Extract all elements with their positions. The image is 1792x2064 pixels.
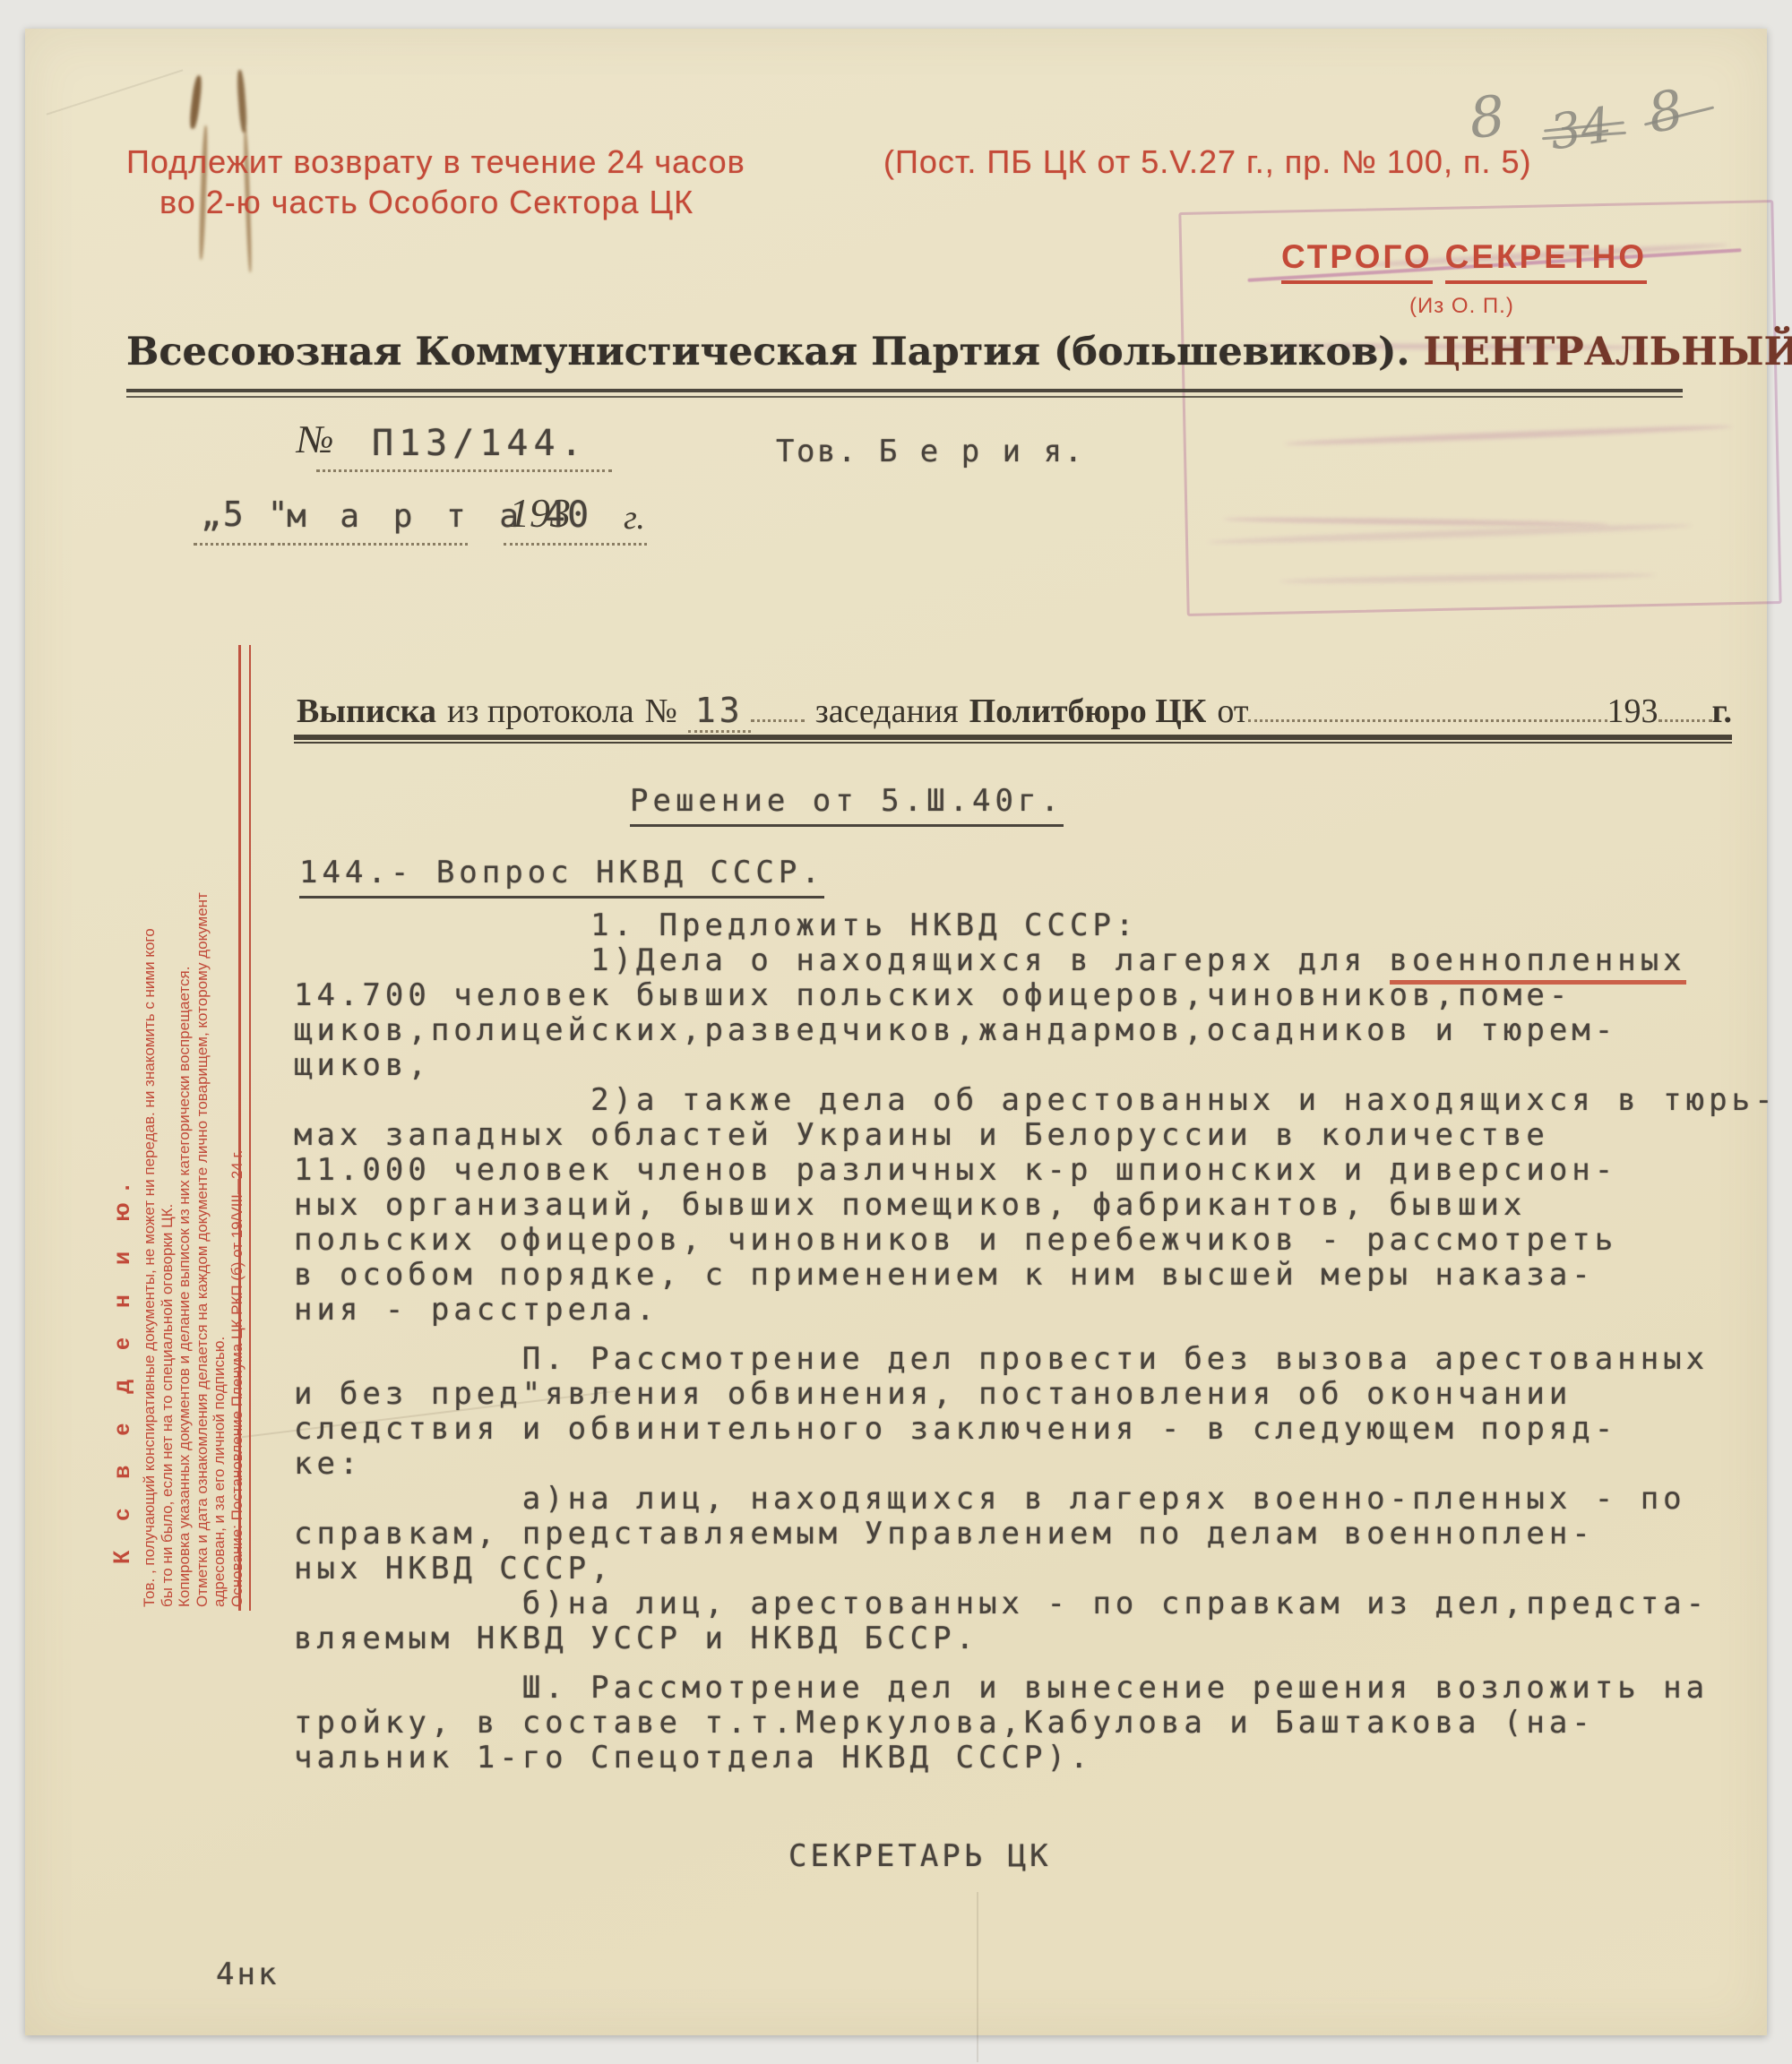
typed-line: 2)а также дела об арестованных и находящ… [294, 1083, 1763, 1118]
return-notice-line2: во 2-ю часть Особого Сектора ЦК [159, 184, 694, 221]
typed-line: 11.000 человек членов различных к-р шпио… [294, 1153, 1763, 1188]
typed-line: щиков,полицейских,разведчиков,жандармов,… [294, 1013, 1763, 1048]
return-notice-line1: Подлежит возврату в течение 24 часов [126, 143, 745, 181]
margin-note-line: Тов. , получающий конспиративные докумен… [141, 645, 159, 1611]
typed-line: мах западных областей Украины и Белорусс… [294, 1118, 1763, 1153]
copy-mark: 4нк [216, 1956, 279, 1992]
excerpt-label: Выписка [297, 692, 436, 731]
number-sign: № [645, 692, 677, 731]
typed-line: б)на лиц, арестованных - по справкам из … [294, 1587, 1763, 1621]
typed-line: П. Рассмотрение дел провести без вызова … [294, 1342, 1763, 1377]
typed-line: ния - расстрела. [294, 1293, 1763, 1328]
typed-body: 1. Предложить НКВД СССР: 1)Дела о находя… [294, 908, 1763, 1776]
signature-line: СЕКРЕТАРЬ ЦК [788, 1838, 1052, 1874]
secrecy-subnote: (Из О. П.) [1409, 294, 1514, 319]
dotted-leader [1248, 685, 1607, 722]
stamp-stroke [1224, 517, 1609, 528]
date-year-typed: 40 [544, 494, 590, 536]
dotted-underline [504, 543, 647, 546]
typed-line: 1. Предложить НКВД СССР: [294, 908, 1763, 943]
typed-line: и без пред"явления обвинения, постановле… [294, 1377, 1763, 1412]
date-day: „5 " [201, 494, 290, 534]
dotted-underline [278, 543, 468, 546]
pencil-mark: 8 [1466, 82, 1508, 151]
typed-line: 14.700 человек бывших польских офицеров,… [294, 978, 1763, 1013]
masthead-central-committee: ЦЕНТРАЛЬНЫЙ КОМИТЕТ [1423, 330, 1792, 374]
excerpt-year: 193 [1607, 692, 1658, 731]
ink-stain [188, 75, 202, 130]
margin-note-line: Отметка и дата ознакомления делается на … [194, 645, 211, 1611]
margin-note-line: Копировка указанных документов и делание… [176, 645, 194, 1611]
typed-line: Ш. Рассмотрение дел и вынесение решения … [294, 1671, 1763, 1706]
typed-line: 1)Дела о находящихся в лагерях для военн… [294, 943, 1763, 978]
ink-stain [237, 70, 248, 133]
date-month: м а р т а [287, 498, 526, 535]
dotted-underline [316, 469, 612, 472]
typed-line: ке: [294, 1447, 1763, 1482]
typed-line: ных организаций, бывших помещиков, фабри… [294, 1188, 1763, 1223]
typed-line: щиков, [294, 1048, 1763, 1083]
resolution-reference: (Пост. ПБ ЦК от 5.V.27 г., пр. № 100, п.… [883, 143, 1531, 181]
margin-double-rule [238, 645, 251, 1611]
excerpt-form-line: Выписка из протокола № 13 заседания Поли… [297, 685, 1732, 733]
margin-note-line: бы то ни было, если нет на то специально… [159, 645, 177, 1611]
secrecy-word: СЕКРЕТНО [1445, 238, 1647, 284]
typed-line: ных НКВД СССР, [294, 1552, 1763, 1587]
document-paper: 8 34 8 Подлежит возврату в течение 24 ча… [25, 29, 1767, 2035]
margin-note-heading: К с в е д е н и ю. [109, 645, 135, 1611]
date-suffix: г. [624, 498, 645, 537]
decision-heading: Решение от 5.Ш.40г. [630, 783, 1064, 827]
pencil-mark: 8 [1643, 78, 1688, 146]
document-number: П13/144. [372, 423, 588, 464]
typed-line [294, 1656, 1763, 1671]
secrecy-word: СТРОГО [1281, 238, 1433, 284]
politburo-label: Политбюро ЦК [969, 692, 1207, 731]
excerpt-text: от [1217, 692, 1248, 731]
masthead-rule [126, 389, 1683, 392]
decision-item: 144.- Вопрос НКВД СССР. [299, 855, 824, 899]
typed-line: а)на лиц, находящихся в лагерях военно-п… [294, 1482, 1763, 1517]
excerpt-text: из протокола [447, 692, 634, 731]
masthead-party-name: Всесоюзная Коммунистическая Партия (боль… [126, 330, 1409, 374]
addressee: Тов. Б е р и я. [776, 434, 1085, 469]
paper-crease [47, 69, 184, 115]
paper-crease [977, 1892, 978, 2062]
excerpt-text: заседания [815, 692, 959, 731]
dotted-leader [1658, 685, 1712, 722]
protocol-number: 13 [688, 691, 751, 733]
masthead-rule [126, 396, 1683, 398]
dotted-leader [751, 685, 805, 722]
excerpt-year-suffix: г. [1712, 692, 1732, 731]
typed-line: в особом порядке, с применением к ним вы… [294, 1258, 1763, 1293]
margin-note-line: адресован, и за его личной подписью. [211, 645, 228, 1611]
typed-line: чальник 1-го Спецотдела НКВД СССР). [294, 1741, 1763, 1776]
dotted-underline [194, 543, 274, 546]
number-sign: № [297, 417, 334, 462]
typed-line: вляемым НКВД УССР и НКВД БССР. [294, 1621, 1763, 1656]
typed-line: польских офицеров, чиновников и перебежч… [294, 1223, 1763, 1258]
margin-confidentiality-note: К с в е д е н и ю. Тов. , получающий кон… [109, 645, 246, 1611]
section-rule [294, 735, 1732, 744]
typed-line: следствия и обвинительного заключения - … [294, 1412, 1763, 1447]
secrecy-stamp: СТРОГОСЕКРЕТНО [1281, 238, 1647, 276]
masthead: Всесоюзная Коммунистическая Партия (боль… [126, 330, 1703, 374]
typed-line: тройку, в составе т.т.Меркулова,Кабулова… [294, 1706, 1763, 1741]
date-year: 19340 [509, 489, 590, 537]
typed-line: справкам, представляемым Управлением по … [294, 1517, 1763, 1552]
typed-line [294, 1328, 1763, 1342]
stamp-stroke [1285, 424, 1733, 447]
